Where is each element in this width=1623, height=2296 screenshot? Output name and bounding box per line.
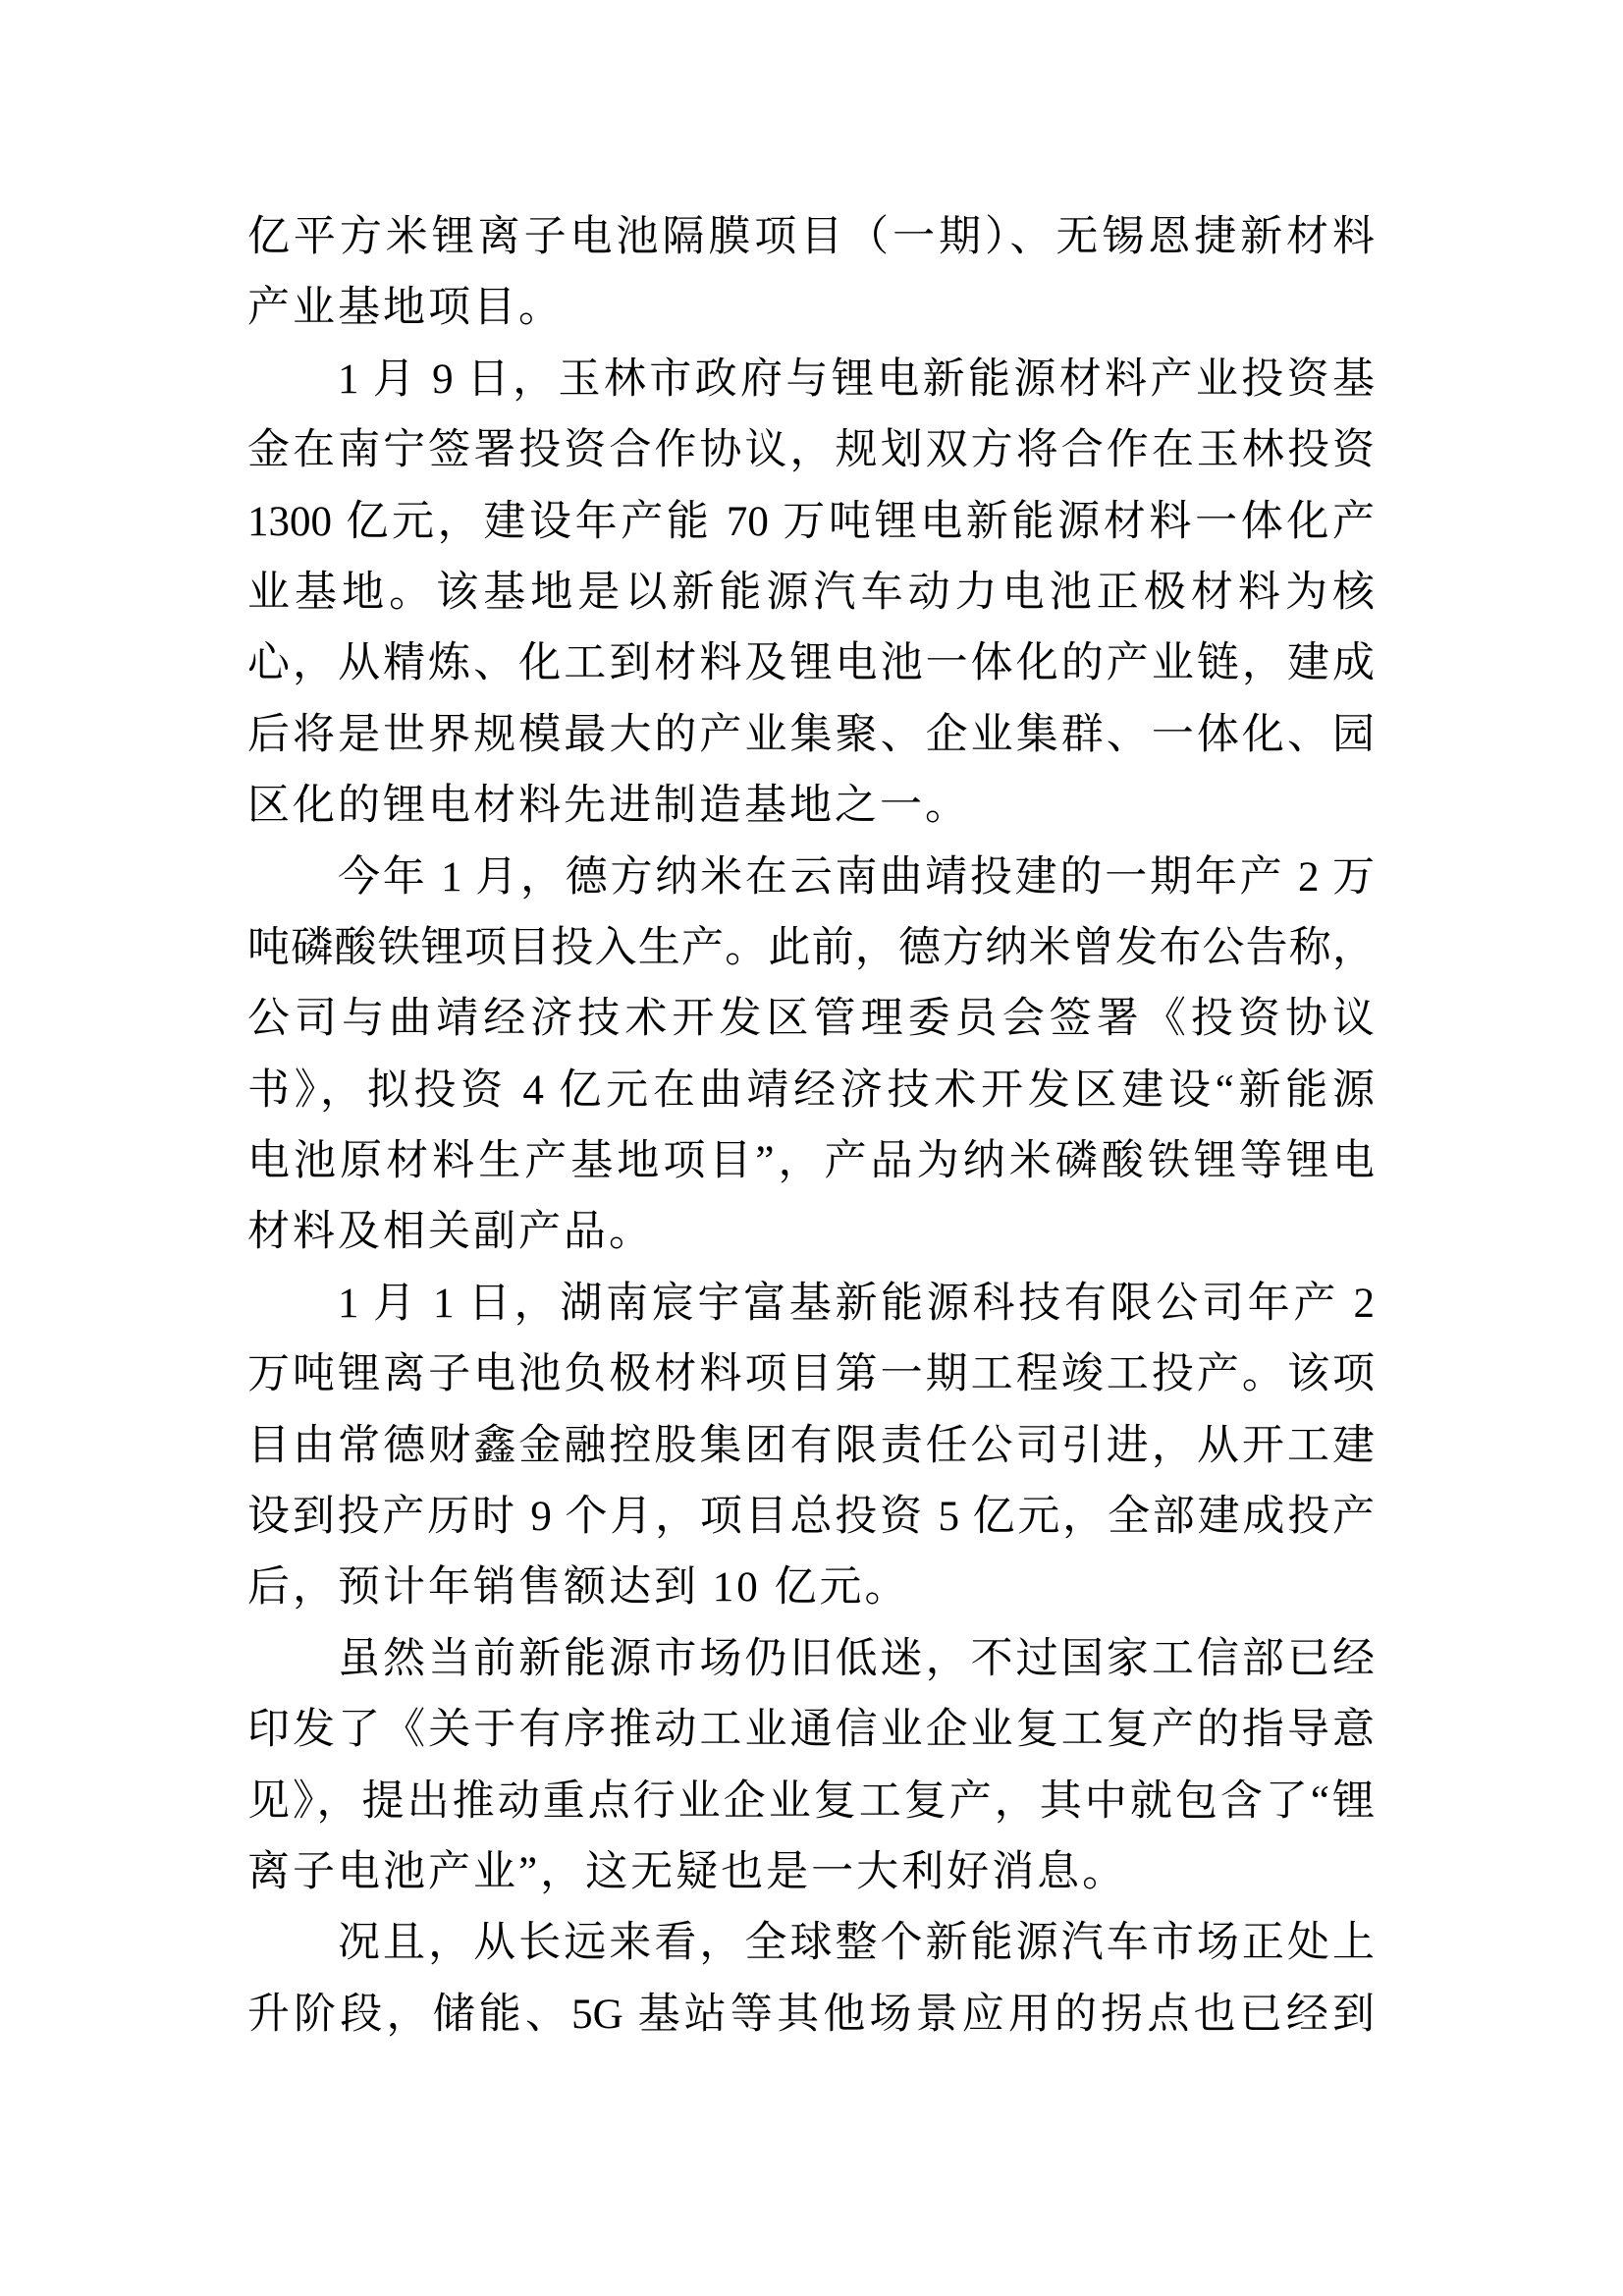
text-line: 后将是世界规模最大的产业集聚、企业集群、一体化、园 xyxy=(247,700,1375,771)
text-line: 况且，从长远来看，全球整个新能源汽车市场正处上 xyxy=(247,1908,1375,1979)
text-line: 目由常德财鑫金融控股集团有限责任公司引进，从开工建 xyxy=(247,1411,1375,1482)
text-line: 产业基地项目。 xyxy=(247,273,1375,344)
text-line: 1 月 1 日，湖南宸宇富基新能源科技有限公司年产 2 xyxy=(247,1269,1375,1339)
paragraph: 1 月 1 日，湖南宸宇富基新能源科技有限公司年产 2万吨锂离子电池负极材料项目… xyxy=(247,1269,1375,1624)
text-line: 书》，拟投资 4 亿元在曲靖经济技术开发区建设“新能源 xyxy=(247,1056,1375,1126)
text-line: 1300 亿元，建设年产能 70 万吨锂电新能源材料一体化产 xyxy=(247,487,1375,558)
text-line: 虽然当前新能源市场仍旧低迷，不过国家工信部已经 xyxy=(247,1624,1375,1695)
text-line: 材料及相关副产品。 xyxy=(247,1197,1375,1268)
text-line: 离子电池产业”，这无疑也是一大利好消息。 xyxy=(247,1837,1375,1908)
text-line: 万吨锂离子电池负极材料项目第一期工程竣工投产。该项 xyxy=(247,1339,1375,1410)
text-line: 区化的锂电材料先进制造基地之一。 xyxy=(247,771,1375,842)
text-line: 后，预计年销售额达到 10 亿元。 xyxy=(247,1553,1375,1623)
text-line: 设到投产历时 9 个月，项目总投资 5 亿元，全部建成投产 xyxy=(247,1482,1375,1553)
text-line: 心，从精炼、化工到材料及锂电池一体化的产业链，建成 xyxy=(247,629,1375,699)
text-line: 升阶段，储能、5G 基站等其他场景应用的拐点也已经到 xyxy=(247,1980,1375,2050)
text-line: 业基地。该基地是以新能源汽车动力电池正极材料为核 xyxy=(247,558,1375,629)
document-page: 亿平方米锂离子电池隔膜项目（一期）、无锡恩捷新材料产业基地项目。1 月 9 日，… xyxy=(0,0,1623,2296)
document-body: 亿平方米锂离子电池隔膜项目（一期）、无锡恩捷新材料产业基地项目。1 月 9 日，… xyxy=(247,202,1375,2050)
paragraph: 1 月 9 日，玉林市政府与锂电新能源材料产业投资基金在南宁签署投资合作协议，规… xyxy=(247,345,1375,843)
text-line: 电池原材料生产基地项目”，产品为纳米磷酸铁锂等锂电 xyxy=(247,1126,1375,1197)
paragraph: 况且，从长远来看，全球整个新能源汽车市场正处上升阶段，储能、5G 基站等其他场景… xyxy=(247,1908,1375,2050)
text-line: 今年 1 月，德方纳米在云南曲靖投建的一期年产 2 万 xyxy=(247,843,1375,913)
text-line: 印发了《关于有序推动工业通信业企业复工复产的指导意 xyxy=(247,1695,1375,1766)
paragraph: 虽然当前新能源市场仍旧低迷，不过国家工信部已经印发了《关于有序推动工业通信业企业… xyxy=(247,1624,1375,1909)
text-line: 1 月 9 日，玉林市政府与锂电新能源材料产业投资基 xyxy=(247,345,1375,415)
paragraph: 今年 1 月，德方纳米在云南曲靖投建的一期年产 2 万吨磷酸铁锂项目投入生产。此… xyxy=(247,843,1375,1269)
text-line: 公司与曲靖经济技术开发区管理委员会签署《投资协议 xyxy=(247,984,1375,1055)
text-line: 吨磷酸铁锂项目投入生产。此前，德方纳米曾发布公告称， xyxy=(247,913,1375,984)
paragraph: 亿平方米锂离子电池隔膜项目（一期）、无锡恩捷新材料产业基地项目。 xyxy=(247,202,1375,345)
text-line: 亿平方米锂离子电池隔膜项目（一期）、无锡恩捷新材料 xyxy=(247,202,1375,273)
text-line: 金在南宁签署投资合作协议，规划双方将合作在玉林投资 xyxy=(247,415,1375,486)
text-line: 见》，提出推动重点行业企业复工复产，其中就包含了“锂 xyxy=(247,1767,1375,1837)
